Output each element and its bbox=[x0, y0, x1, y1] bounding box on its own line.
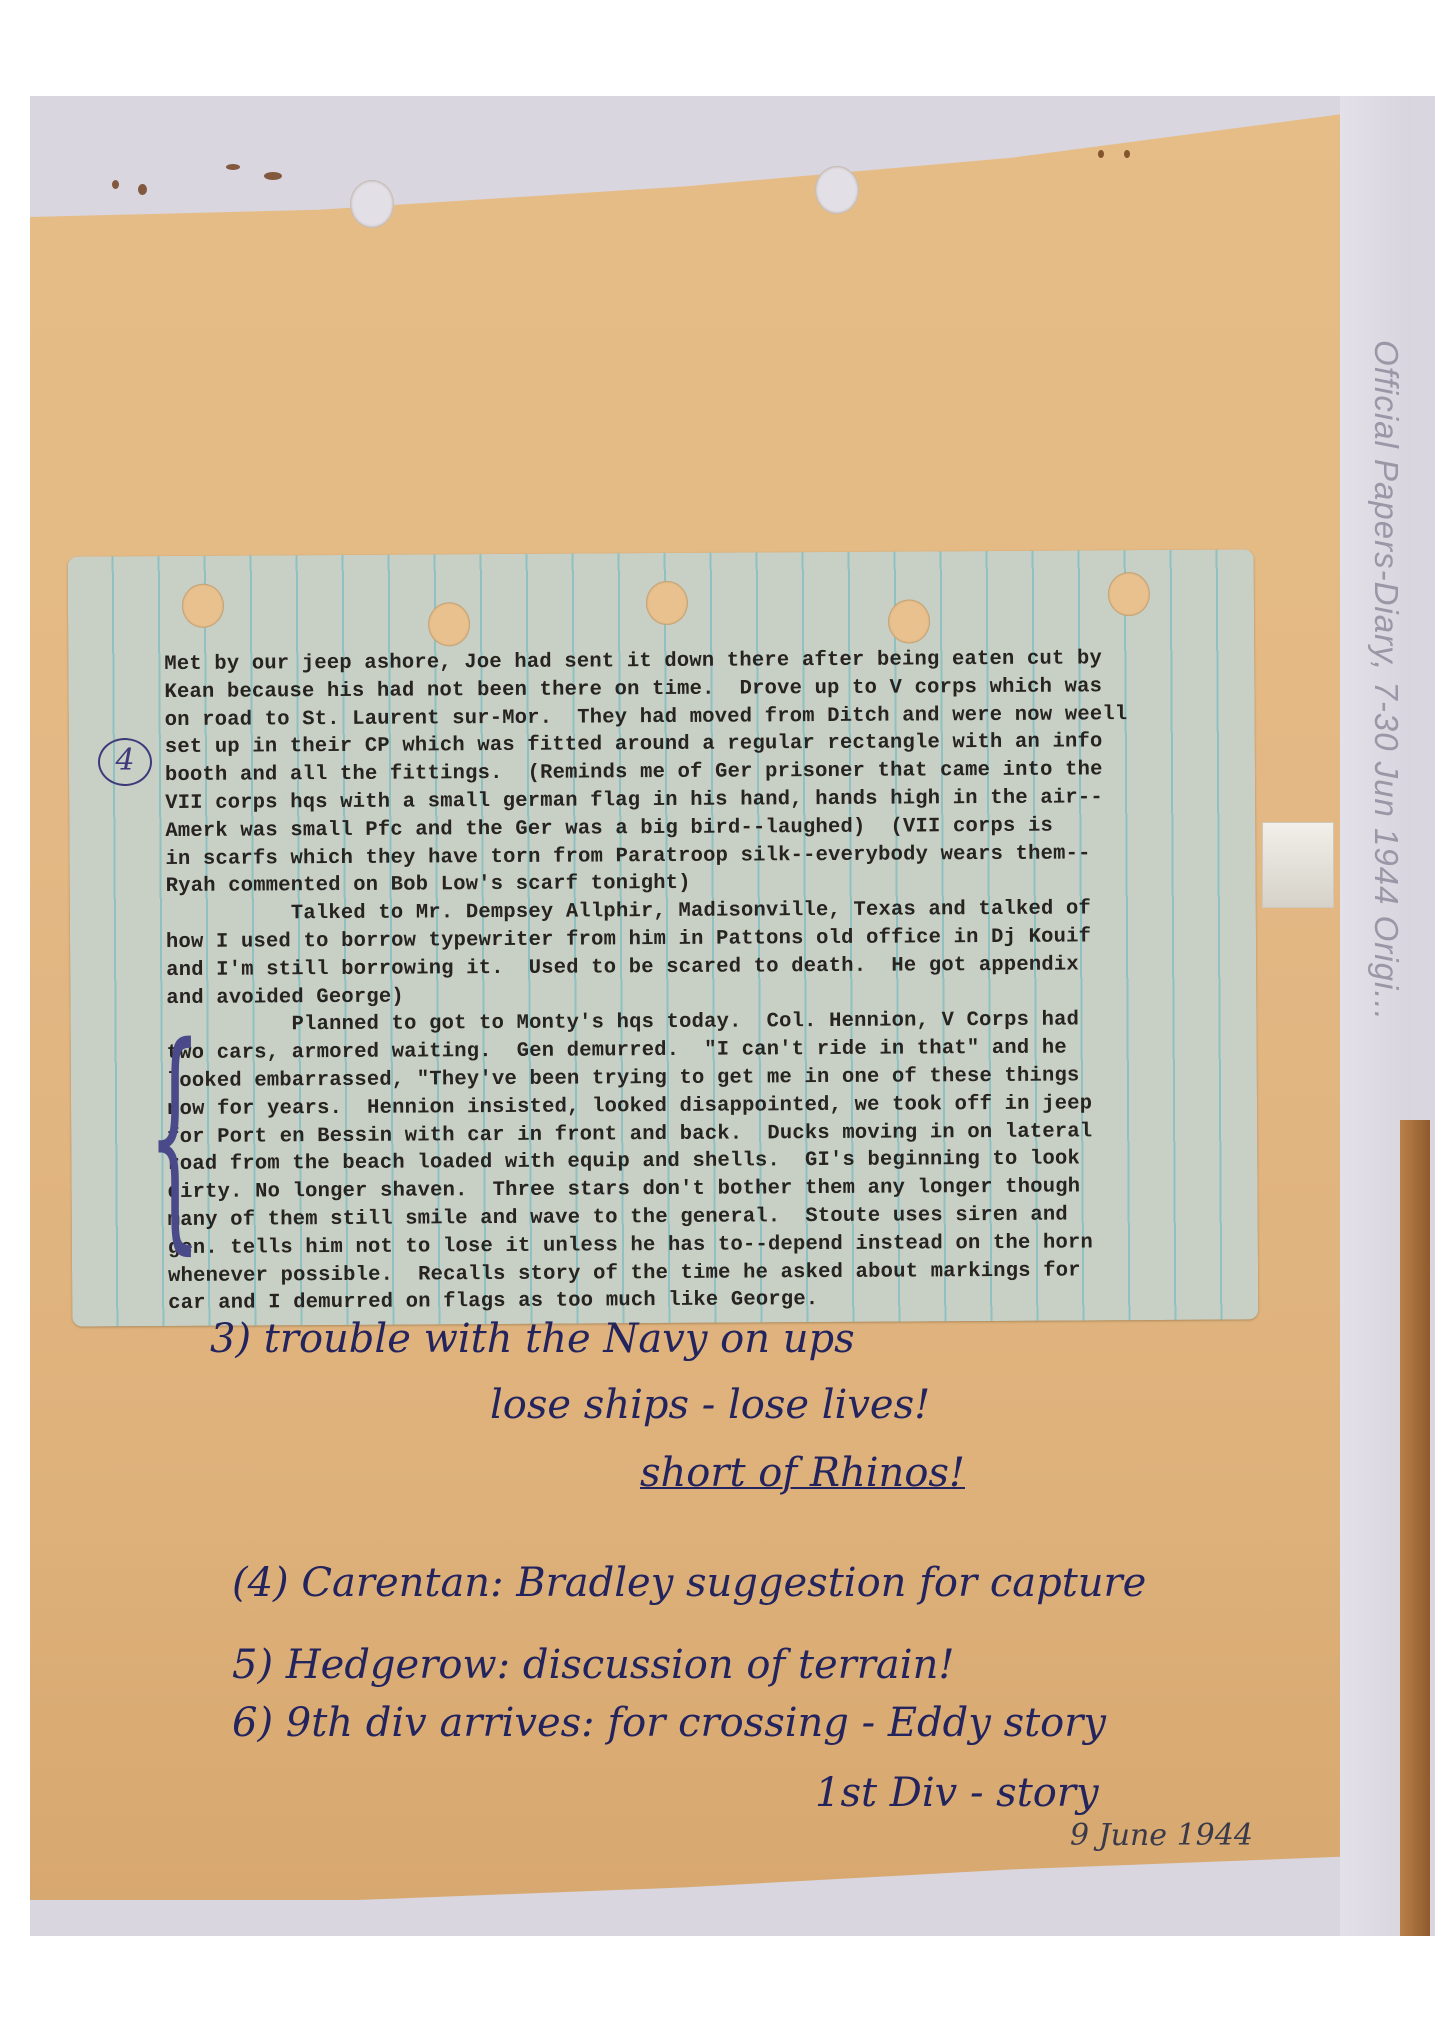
handwritten-note: short of Rhinos! bbox=[640, 1450, 965, 1496]
rust-spot bbox=[264, 172, 282, 180]
handwritten-note: lose ships - lose lives! bbox=[490, 1382, 930, 1428]
tape-strip bbox=[1262, 822, 1334, 908]
sheet-punch-hole bbox=[888, 599, 930, 643]
sheet-punch-hole bbox=[182, 584, 224, 628]
rust-spot bbox=[112, 180, 119, 189]
circled-page-number: 4 bbox=[98, 738, 152, 786]
typed-diary-sheet: Met by our jeep ashore, Joe had sent it … bbox=[68, 549, 1259, 1326]
rust-spot bbox=[1098, 150, 1104, 158]
handwritten-date: 9 June 1944 bbox=[1070, 1818, 1253, 1853]
handwritten-note: 3) trouble with the Navy on ups bbox=[210, 1316, 855, 1362]
rust-spot bbox=[1124, 150, 1130, 158]
rust-spot bbox=[226, 164, 240, 170]
typed-text: Met by our jeep ashore, Joe had sent it … bbox=[164, 644, 1258, 1318]
handwritten-note: 1st Div - story bbox=[815, 1770, 1099, 1816]
margin-brace: { bbox=[148, 1015, 159, 1265]
handwritten-note: (4) Carentan: Bradley suggestion for cap… bbox=[232, 1560, 1146, 1606]
sheet-punch-hole bbox=[1108, 572, 1150, 616]
typed-line: car and I demurred on flags as too much … bbox=[168, 1284, 1258, 1318]
punch-hole bbox=[815, 166, 859, 214]
folder-side-label: Official Papers-Diary, 7-30 Jun 1944 Ori… bbox=[1345, 340, 1405, 1240]
rust-spot bbox=[138, 184, 147, 195]
sheet-punch-hole bbox=[428, 602, 470, 646]
sheet-punch-hole bbox=[646, 581, 688, 625]
punch-hole bbox=[350, 180, 394, 228]
handwritten-note: 5) Hedgerow: discussion of terrain! bbox=[232, 1642, 954, 1688]
folder-edge bbox=[1400, 1120, 1430, 1936]
handwritten-note: 6) 9th div arrives: for crossing - Eddy … bbox=[232, 1700, 1106, 1746]
